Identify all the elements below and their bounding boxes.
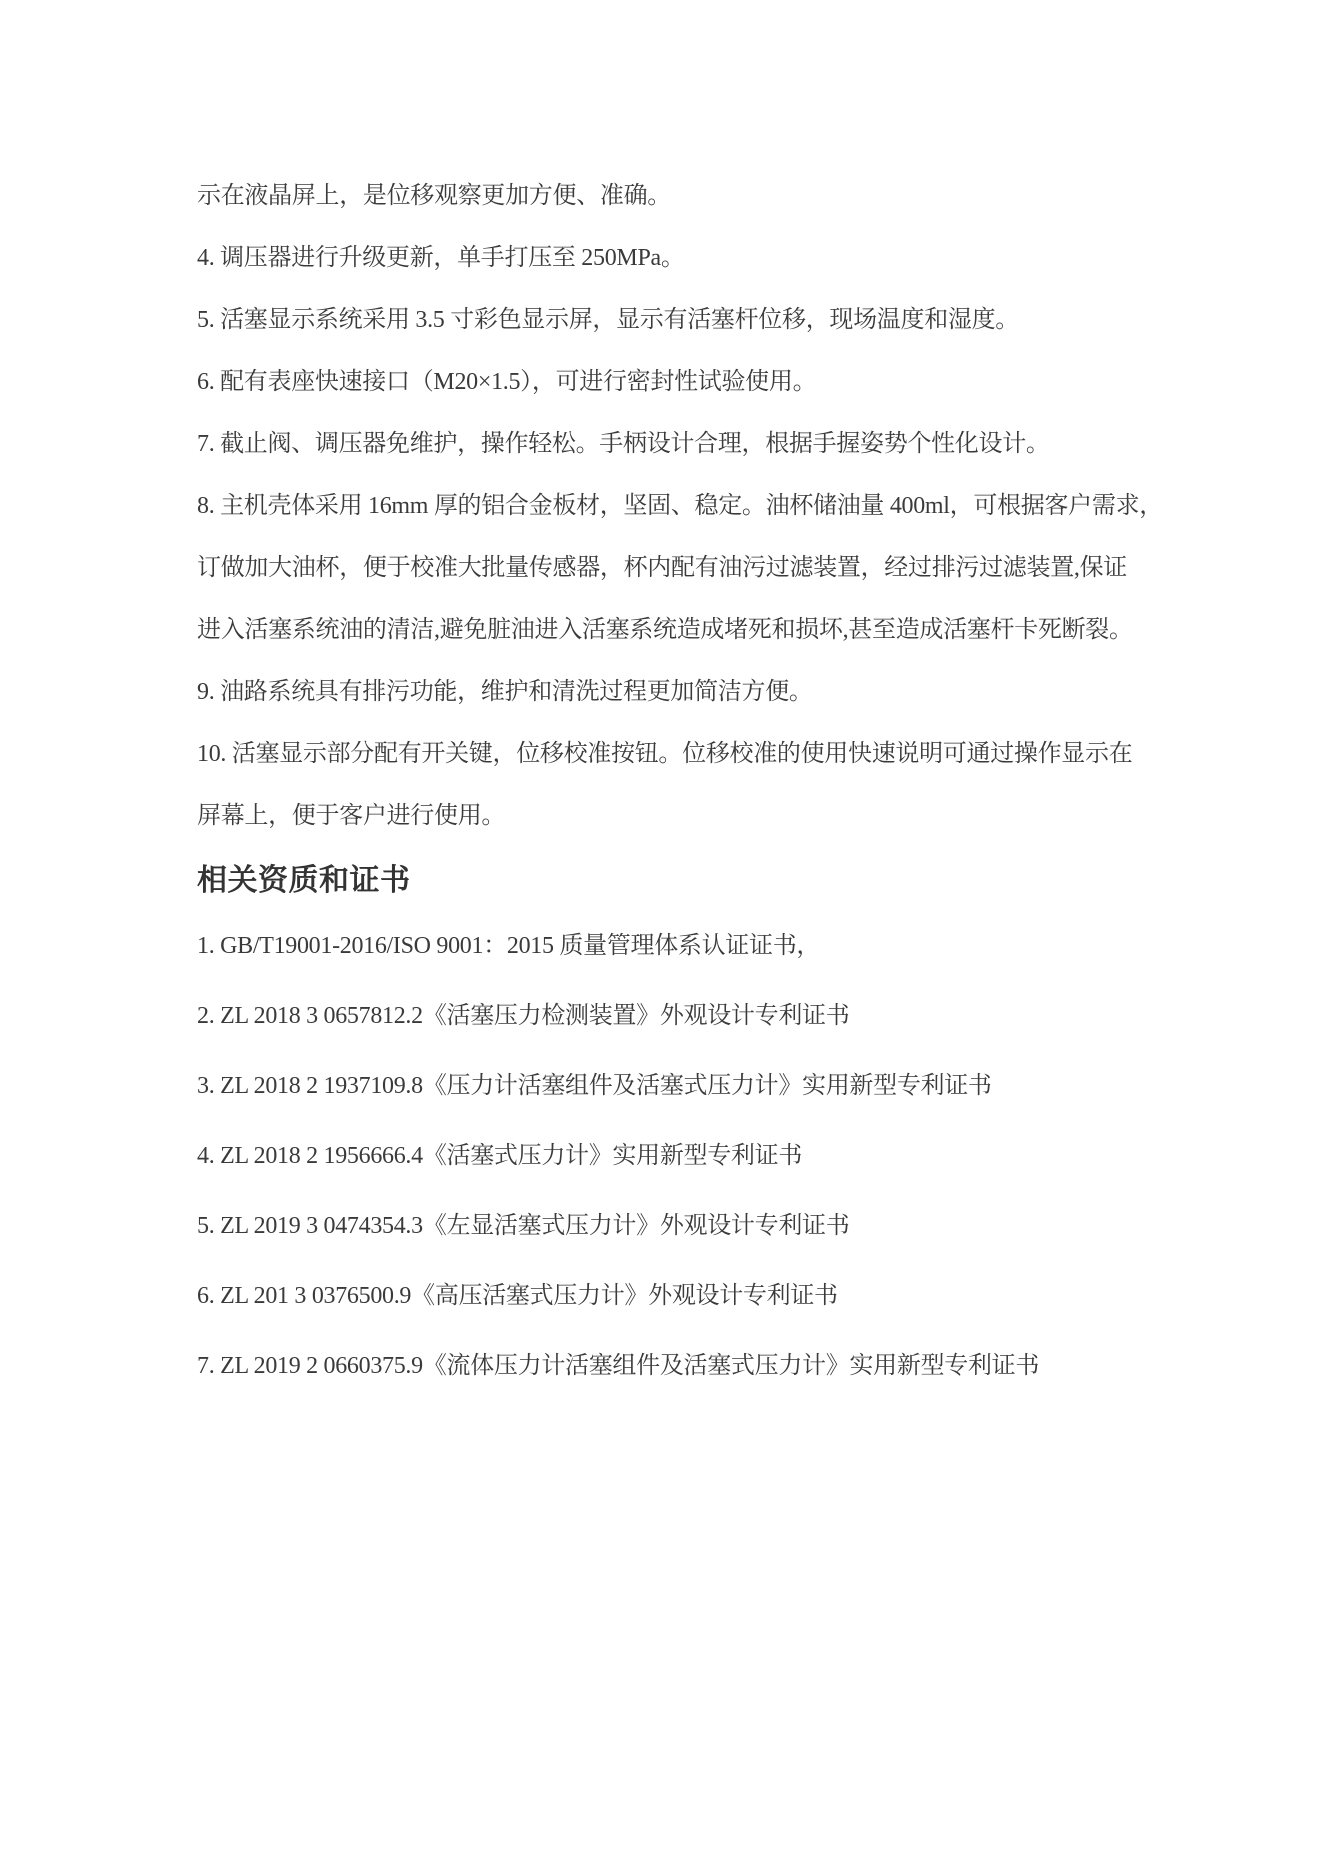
document-page: 示在液晶屏上，是位移观察更加方便、准确。 4. 调压器进行升级更新，单手打压至 … — [0, 0, 1323, 1871]
certificate-item-5: 5. ZL 2019 3 0474354.3《左显活塞式压力计》外观设计专利证书 — [197, 1214, 1137, 1238]
body-paragraph-item-6: 6. 配有表座快速接口（M20×1.5），可进行密封性试验使用。 — [197, 370, 1137, 394]
document-content: 示在液晶屏上，是位移观察更加方便、准确。 4. 调压器进行升级更新，单手打压至 … — [197, 184, 1137, 1424]
certificate-item-3: 3. ZL 2018 2 1937109.8《压力计活塞组件及活塞式压力计》实用… — [197, 1074, 1137, 1098]
body-paragraph-item-10-line-1: 10. 活塞显示部分配有开关键，位移校准按钮。位移校准的使用快速说明可通过操作显… — [197, 742, 1137, 766]
body-paragraph-continuation: 示在液晶屏上，是位移观察更加方便、准确。 — [197, 184, 1137, 208]
certificate-item-6: 6. ZL 201 3 0376500.9《高压活塞式压力计》外观设计专利证书 — [197, 1284, 1137, 1308]
body-paragraph-item-8-line-1: 8. 主机壳体采用 16mm 厚的铝合金板材，坚固、稳定。油杯储油量 400ml… — [197, 494, 1137, 518]
section-heading: 相关资质和证书 — [197, 866, 1137, 896]
body-paragraph-item-7: 7. 截止阀、调压器免维护，操作轻松。手柄设计合理，根据手握姿势个性化设计。 — [197, 432, 1137, 456]
certificate-item-2: 2. ZL 2018 3 0657812.2《活塞压力检测装置》外观设计专利证书 — [197, 1004, 1137, 1028]
certificate-item-4: 4. ZL 2018 2 1956666.4《活塞式压力计》实用新型专利证书 — [197, 1144, 1137, 1168]
body-paragraph-item-8-line-3: 进入活塞系统油的清洁,避免脏油进入活塞系统造成堵死和损坏,甚至造成活塞杆卡死断裂… — [197, 618, 1137, 642]
body-paragraph-item-9: 9. 油路系统具有排污功能，维护和清洗过程更加简洁方便。 — [197, 680, 1137, 704]
body-paragraph-item-10-line-2: 屏幕上，便于客户进行使用。 — [197, 804, 1137, 828]
certificate-item-1: 1. GB/T19001-2016/ISO 9001：2015 质量管理体系认证… — [197, 934, 1137, 958]
certificate-item-7: 7. ZL 2019 2 0660375.9《流体压力计活塞组件及活塞式压力计》… — [197, 1354, 1137, 1378]
body-paragraph-item-8-line-2: 订做加大油杯，便于校准大批量传感器，杯内配有油污过滤装置，经过排污过滤装置,保证 — [197, 556, 1137, 580]
body-paragraph-item-5: 5. 活塞显示系统采用 3.5 寸彩色显示屏，显示有活塞杆位移，现场温度和湿度。 — [197, 308, 1137, 332]
body-paragraph-item-4: 4. 调压器进行升级更新，单手打压至 250MPa。 — [197, 246, 1137, 270]
